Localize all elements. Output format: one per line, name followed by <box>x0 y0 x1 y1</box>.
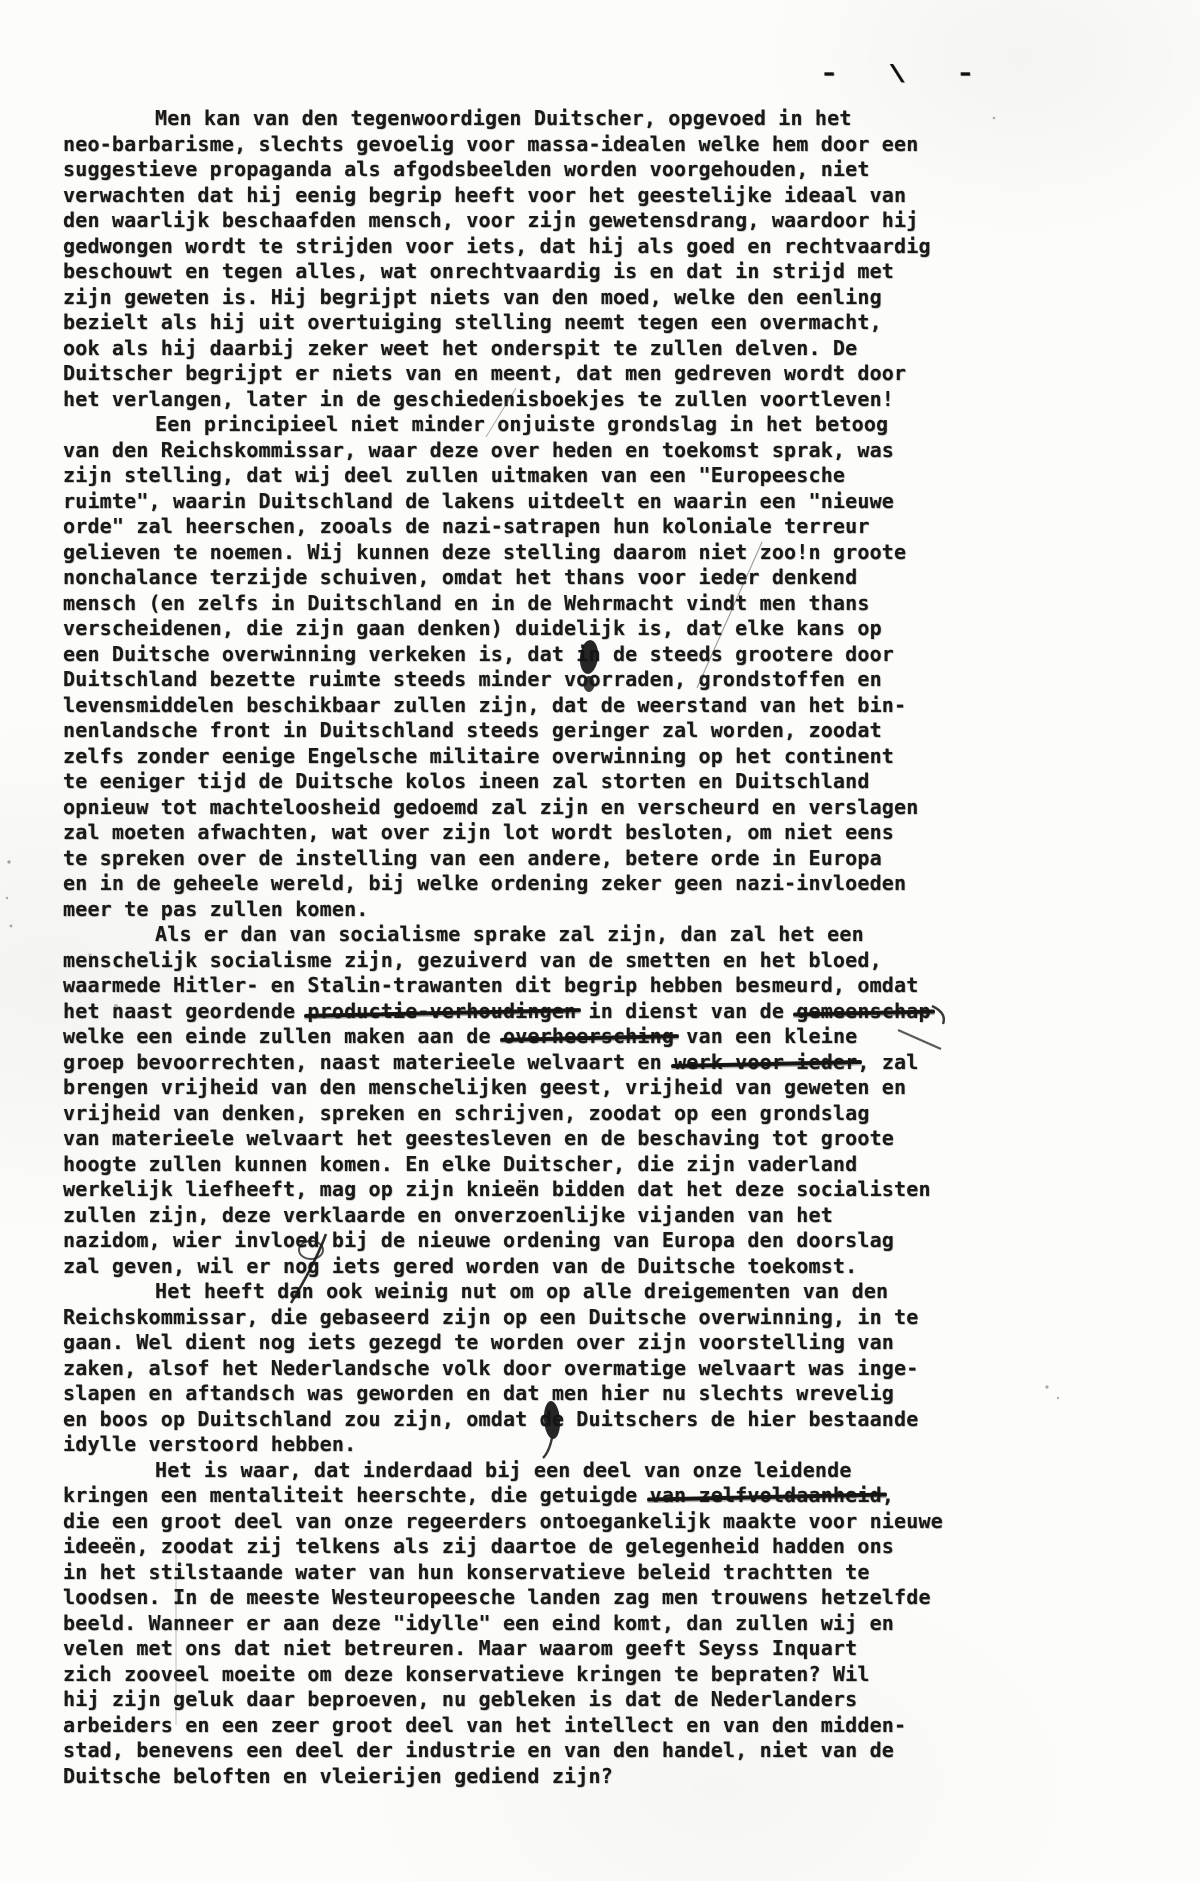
text-line: mensch (en zelfs in Duitschland en in de… <box>63 591 1143 617</box>
text-line: zal geven, wil er nog iets gered worden … <box>63 1254 1143 1280</box>
text-line: van materieele welvaart het geestesleven… <box>63 1126 1143 1152</box>
text-line: zullen zijn, deze verklaarde en onverzoe… <box>63 1203 1143 1229</box>
text-line: menschelijk socialisme zijn, gezuiverd v… <box>63 948 1143 974</box>
text-line: Reichskommissar, die gebaseerd zijn op e… <box>63 1305 1143 1331</box>
text-line: in het stilstaande water van hun konserv… <box>63 1560 1143 1586</box>
text-line: Het is waar, dat inderdaad bij een deel … <box>63 1458 1143 1484</box>
text-line: waarmede Hitler- en Stalin-trawanten dit… <box>63 973 1143 999</box>
text-line: verscheidenen, die zijn gaan denken) dui… <box>63 616 1143 642</box>
text-line: gaan. Wel dient nog iets gezegd te worde… <box>63 1330 1143 1356</box>
text-line: gedwongen wordt te strijden voor iets, d… <box>63 234 1143 260</box>
text-line: hij zijn geluk daar beproeven, nu geblek… <box>63 1687 1143 1713</box>
text-line: nonchalance terzijde schuiven, omdat het… <box>63 565 1143 591</box>
text-line: verwachten dat hij eenig begrip heeft vo… <box>63 183 1143 209</box>
text-line: Duitschland bezette ruimte steeds minder… <box>63 667 1143 693</box>
text-line: welke een einde zullen maken aan de over… <box>63 1024 1143 1050</box>
text-line: Als er dan van socialisme sprake zal zij… <box>63 922 1143 948</box>
text-line: idylle verstoord hebben. <box>63 1432 1143 1458</box>
text-line: van den Reichskommissar, waar deze over … <box>63 438 1143 464</box>
text-line: zaken, alsof het Nederlandsche volk door… <box>63 1356 1143 1382</box>
text-line: te spreken over de instelling van een an… <box>63 846 1143 872</box>
text-line: Men kan van den tegenwoordigen Duitscher… <box>63 106 1143 132</box>
text-line: neo-barbarisme, slechts gevoelig voor ma… <box>63 132 1143 158</box>
text-line: levensmiddelen beschikbaar zullen zijn, … <box>63 693 1143 719</box>
text-line: Het heeft dan ook weinig nut om op alle … <box>63 1279 1143 1305</box>
text-line: te eeniger tijd de Duitsche kolos ineen … <box>63 769 1143 795</box>
text-line: groep bevoorrechten, naast materieele we… <box>63 1050 1143 1076</box>
text-line: het naast geordende productie-verhouding… <box>63 999 1143 1025</box>
text-line: ruimte", waarin Duitschland de lakens ui… <box>63 489 1143 515</box>
text-line: nazidom, wier invloed bij de nieuwe orde… <box>63 1228 1143 1254</box>
text-line: zijn stelling, dat wij deel zullen uitma… <box>63 463 1143 489</box>
text-line: beschouwt en tegen alles, wat onrechtvaa… <box>63 259 1143 285</box>
text-line: loodsen. In de meeste Westeuropeesche la… <box>63 1585 1143 1611</box>
text-line: zijn geweten is. Hij begrijpt niets van … <box>63 285 1143 311</box>
paper-speck <box>6 897 8 899</box>
text-line: die een groot deel van onze regeerders o… <box>63 1509 1143 1535</box>
text-line: werkelijk liefheeft, mag op zijn knieën … <box>63 1177 1143 1203</box>
paper-speck <box>10 925 13 928</box>
text-line: zal moeten afwachten, wat over zijn lot … <box>63 820 1143 846</box>
text-line: brengen vrijheid van den menschelijken g… <box>63 1075 1143 1101</box>
text-line: stad, benevens een deel der industrie en… <box>63 1738 1143 1764</box>
text-line: gelieven te noemen. Wij kunnen deze stel… <box>63 540 1143 566</box>
text-line: zelfs zonder eenige Engelsche militaire … <box>63 744 1143 770</box>
text-line: slapen en aftandsch was geworden en dat … <box>63 1381 1143 1407</box>
text-line: kringen een mentaliteit heerschte, die g… <box>63 1483 1143 1509</box>
text-line: hoogte zullen kunnen komen. En elke Duit… <box>63 1152 1143 1178</box>
text-line: velen met ons dat niet betreuren. Maar w… <box>63 1636 1143 1662</box>
text-line: een Duitsche overwinning verkeken is, da… <box>63 642 1143 668</box>
text-line: ook als hij daarbij zeker weet het onder… <box>63 336 1143 362</box>
text-line: vrijheid van denken, spreken en schrijve… <box>63 1101 1143 1127</box>
text-line: Duitsche beloften en vleierijen gediend … <box>63 1764 1143 1790</box>
text-line: Duitscher begrijpt er niets van en meent… <box>63 361 1143 387</box>
text-line: het verlangen, later in de geschiedenisb… <box>63 387 1143 413</box>
text-line: arbeiders en een zeer groot deel van het… <box>63 1713 1143 1739</box>
text-line: nenlandsche front in Duitschland steeds … <box>63 718 1143 744</box>
text-line: Een principieel niet minder onjuiste gro… <box>63 412 1143 438</box>
text-line: en boos op Duitschland zou zijn, omdat d… <box>63 1407 1143 1433</box>
text-line: bezielt als hij uit overtuiging stelling… <box>63 310 1143 336</box>
text-line: en in de geheele wereld, bij welke orden… <box>63 871 1143 897</box>
text-line: den waarlijk beschaafden mensch, voor zi… <box>63 208 1143 234</box>
text-line: beeld. Wanneer er aan deze "idylle" een … <box>63 1611 1143 1637</box>
paper-speck <box>7 860 10 863</box>
text-line: ideeën, zoodat zij telkens als zij daart… <box>63 1534 1143 1560</box>
page-number-mark: - \ - <box>820 60 990 86</box>
text-line: opnieuw tot machteloosheid gedoemd zal z… <box>63 795 1143 821</box>
document-text: Men kan van den tegenwoordigen Duitscher… <box>63 106 1143 1789</box>
text-line: meer te pas zullen komen. <box>63 897 1143 923</box>
text-line: zich zooveel moeite om deze konservatiev… <box>63 1662 1143 1688</box>
text-line: orde" zal heerschen, zooals de nazi-satr… <box>63 514 1143 540</box>
document-page: - \ - Men kan van den tegenwoordigen Dui… <box>0 0 1200 1881</box>
text-line: suggestieve propaganda als afgodsbeelden… <box>63 157 1143 183</box>
